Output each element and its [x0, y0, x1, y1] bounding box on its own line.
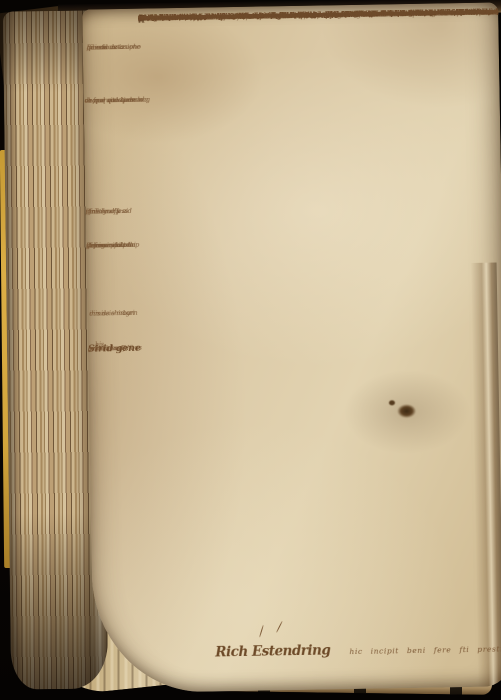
- swash-mark: [276, 621, 283, 633]
- margin-notes-column: L cera cartaffi iuda de cruphoad aud ass…: [82, 9, 158, 694]
- main-text-block: Omnibus hoc scriptum cernentibus salutem…: [138, 9, 492, 15]
- manuscript-page: L cera cartaffi iuda de cruphoad aud ass…: [82, 2, 501, 693]
- bottom-inscription: Rich Estendring hic incipit beni fere ft…: [215, 636, 501, 660]
- ink-stain-small: [389, 400, 395, 405]
- swash-mark: [259, 625, 264, 638]
- inscription-name: Rich Estendring: [215, 642, 330, 660]
- manuscript-photo: L cera cartaffi iuda de cruphoad aud ass…: [0, 0, 501, 700]
- ink-stain: [397, 404, 416, 418]
- inscription-note: hic incipit beni fere fti prestre: [349, 644, 501, 656]
- page-right-crease: [471, 262, 501, 686]
